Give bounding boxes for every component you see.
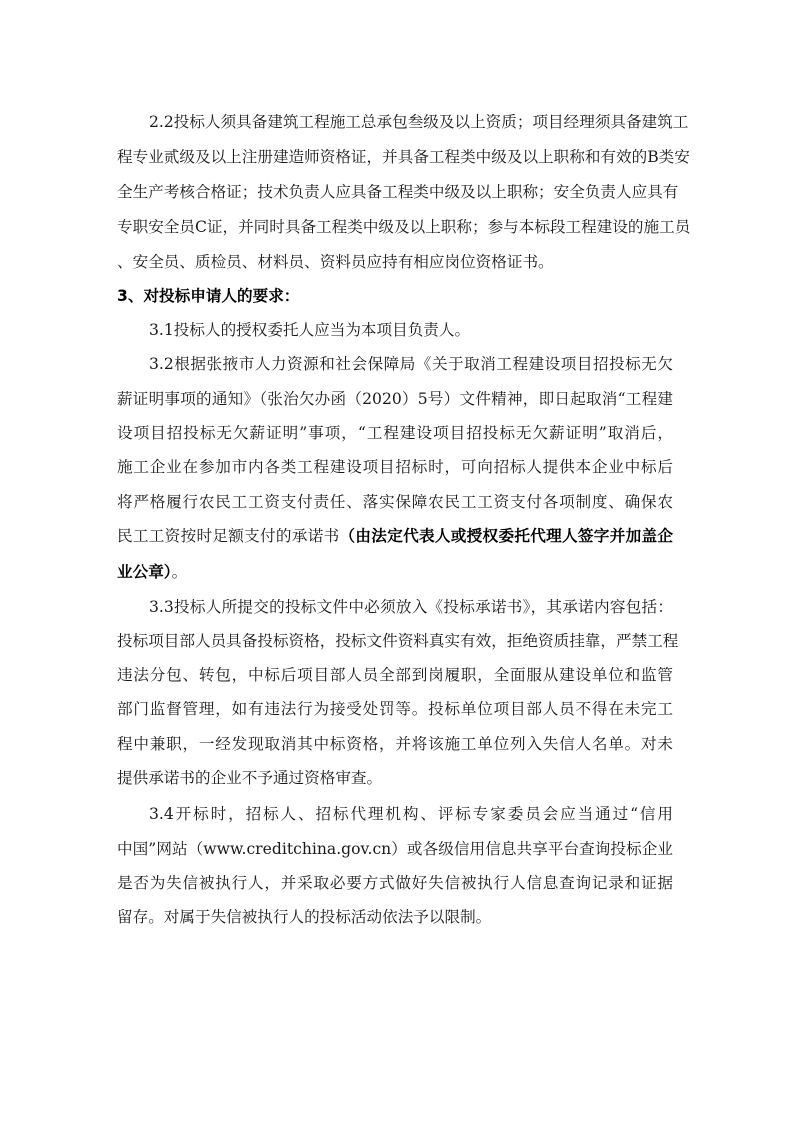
signature-requirement-bold-end: 业公章） bbox=[117, 563, 172, 581]
paragraph-3-3-line-1: 3.3投标人所提交的投标文件中必须放入《投标承诺书》，其承诺内容包括： bbox=[149, 595, 673, 619]
signature-requirement-bold: （由法定代表人或授权委托代理人签字并加盖企 bbox=[340, 527, 673, 545]
section-3-heading: 3、对投标申请人的要求： bbox=[117, 284, 673, 308]
paragraph-2-2-line-3: 全生产考核合格证；技术负责人应具备工程类中级及以上职称；安全负责人应具有 bbox=[117, 180, 673, 204]
paragraph-3-2-line-3: 设项目招投标无欠薪证明”事项，“工程建设项目招投标无欠薪证明”取消后， bbox=[117, 421, 673, 445]
paragraph-3-2-line-2: 薪证明事项的通知》（张治欠办函（2020）5号）文件精神，即日起取消“工程建 bbox=[117, 387, 673, 411]
paragraph-3-2-line-6: 民工工资按时足额支付的承诺书（由法定代表人或授权委托代理人签字并加盖企 bbox=[117, 524, 673, 548]
paragraph-2-2-line-5: 、安全员、质检员、材料员、资料员应持有相应岗位资格证书。 bbox=[117, 250, 673, 274]
paragraph-3-4-line-3: 是否为失信被执行人，并采取必要方式做好失信被执行人信息查询记录和证据 bbox=[117, 871, 673, 895]
paragraph-3-3-line-2: 投标项目部人员具备投标资格，投标文件资料真实有效，拒绝资质挂靠，严禁工程 bbox=[117, 629, 673, 653]
paragraph-3-4-line-1: 3.4开标时，招标人、招标代理机构、评标专家委员会应当通过“信用 bbox=[149, 802, 673, 826]
paragraph-3-2-line-4: 施工企业在参加市内各类工程建设项目招标时，可向招标人提供本企业中标后 bbox=[117, 455, 673, 479]
paragraph-3-2-line-1: 3.2根据张掖市人力资源和社会保障局《关于取消工程建设项目招投标无欠 bbox=[149, 352, 673, 376]
paragraph-3-3-line-3: 违法分包、转包，中标后项目部人员全部到岗履职，全面服从建设单位和监管 bbox=[117, 663, 673, 687]
paragraph-3-3-line-4: 部门监督管理，如有违法行为接受处罚等。投标单位项目部人员不得在未完工 bbox=[117, 697, 673, 721]
paragraph-3-2-line-7: 业公章）。 bbox=[117, 560, 673, 584]
paragraph-3-1-line-1: 3.1投标人的授权委托人应当为本项目负责人。 bbox=[149, 318, 673, 342]
paragraph-2-2-line-4: 专职安全员C证，并同时具备工程类中级及以上职称；参与本标段工程建设的施工员 bbox=[117, 215, 673, 239]
paragraph-3-3-line-5: 程中兼职，一经发现取消其中标资格，并将该施工单位列入失信人名单。对未 bbox=[117, 732, 673, 756]
paragraph-3-3-line-6: 提供承诺书的企业不予通过资格审查。 bbox=[117, 766, 673, 790]
commitment-letter-text: 民工工资按时足额支付的承诺书 bbox=[117, 527, 340, 545]
paragraph-3-4-line-4: 留存。对属于失信被执行人的投标活动依法予以限制。 bbox=[117, 905, 673, 929]
document-page: 2.2投标人须具备建筑工程施工总承包叁级及以上资质；项目经理须具备建筑工 程专业… bbox=[0, 0, 793, 1122]
paragraph-3-2-line-5: 将严格履行农民工工资支付责任、落实保障农民工工资支付各项制度、确保农 bbox=[117, 490, 673, 514]
paragraph-2-2-line-2: 程专业贰级及以上注册建造师资格证，并具备工程类中级及以上职称和有效的B类安 bbox=[117, 145, 673, 169]
sentence-end: 。 bbox=[172, 563, 188, 581]
paragraph-3-4-line-2: 中国”网站（www.creditchina.gov.cn）或各级信用信息共享平台… bbox=[117, 837, 673, 861]
paragraph-2-2-line-1: 2.2投标人须具备建筑工程施工总承包叁级及以上资质；项目经理须具备建筑工 bbox=[149, 110, 673, 134]
